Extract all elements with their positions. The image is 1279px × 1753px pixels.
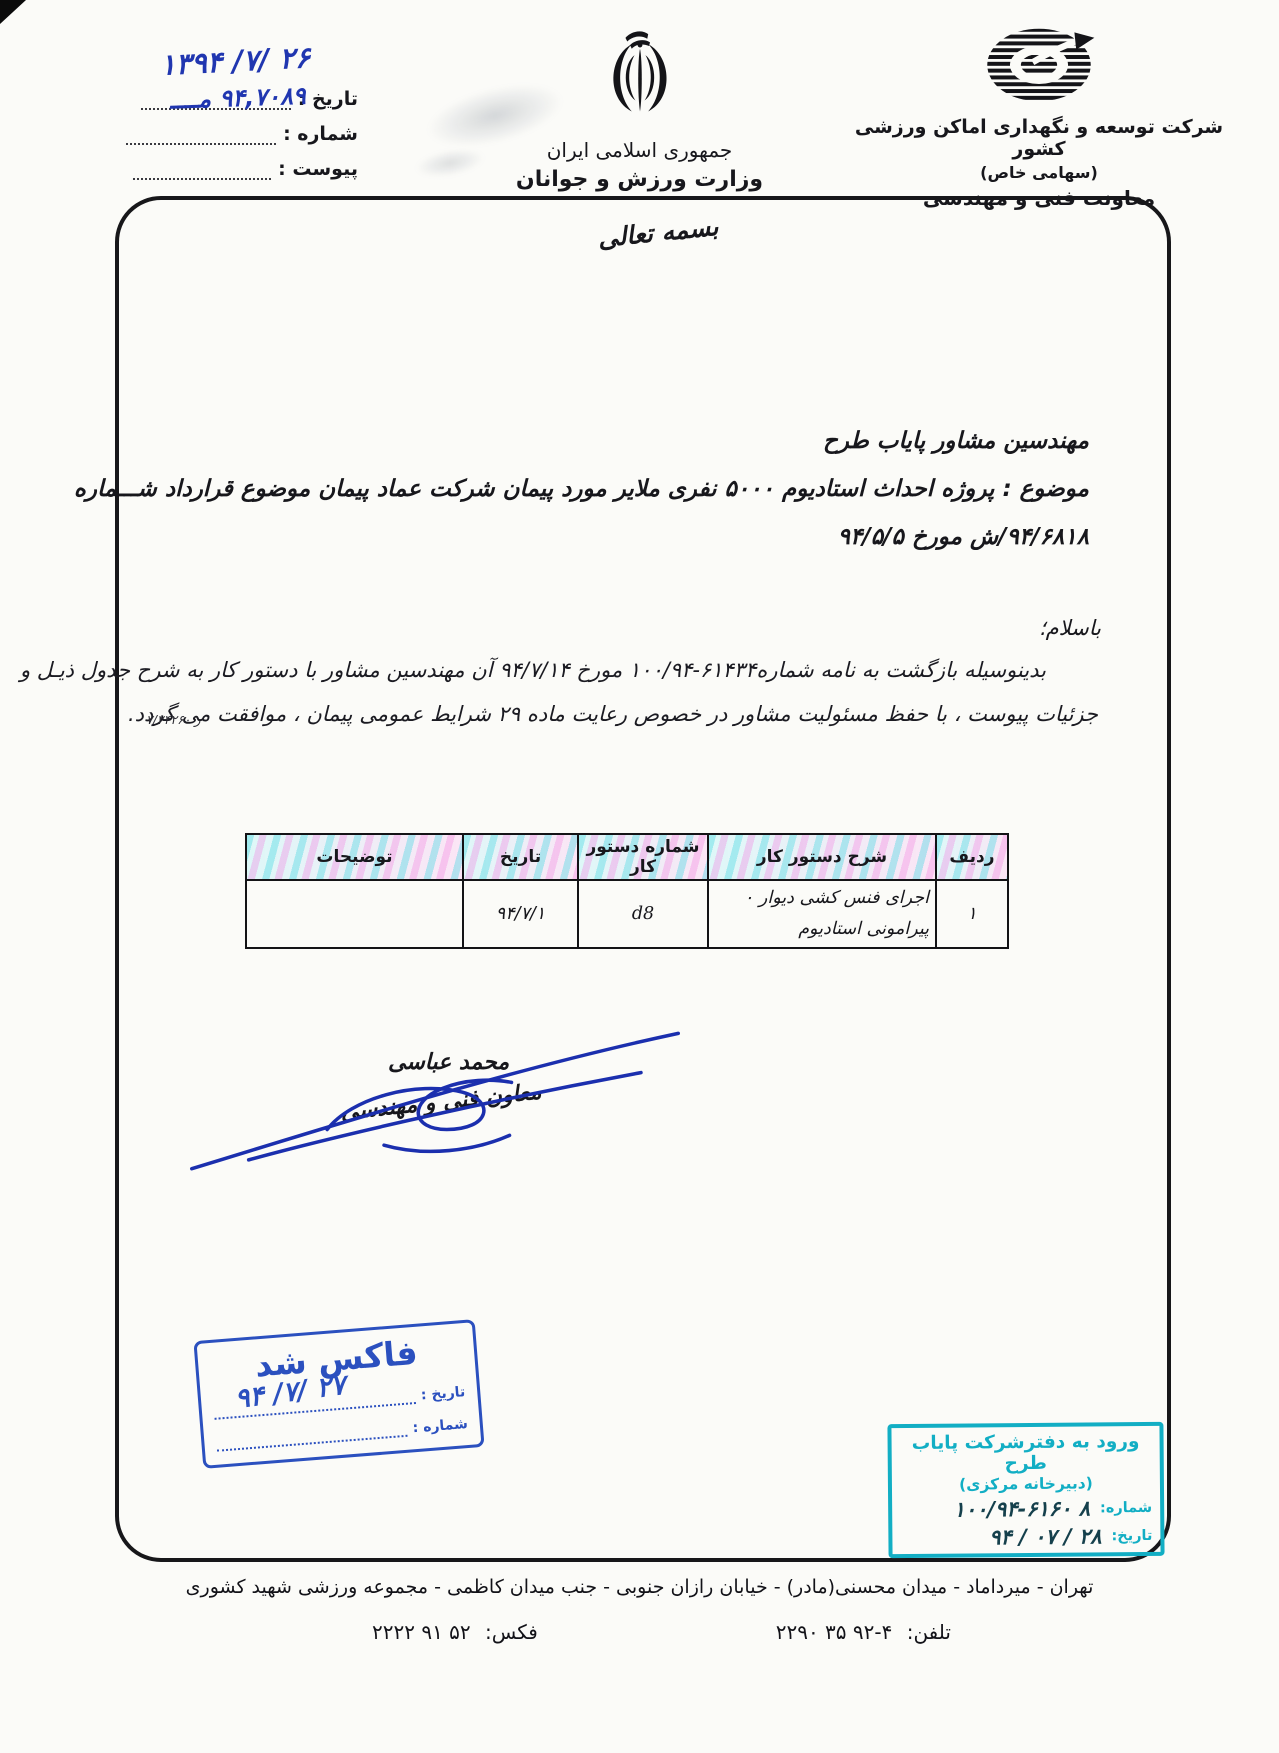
number-label: شماره : [283, 123, 358, 145]
phone-number: ۲۲۹۰ ۳۵ ۹۲-۴ [776, 1620, 893, 1644]
company-name: شرکت توسعه و نگهداری اماکن ورزشی کشور [849, 116, 1229, 160]
handwritten-letter-number: ۹۴,۷۰۸۹ مــــ [170, 82, 307, 115]
number-dotted-line [126, 128, 276, 145]
cell-row-no: ۱ [936, 880, 1008, 948]
footer-address: تهران - میرداماد - میدان محسنی(مادر) - خ… [0, 1576, 1279, 1598]
header-date: تاریخ [463, 834, 578, 880]
company-type: (سهامی خاص) [849, 163, 1229, 182]
body-line-1: بدینوسیله بازگشت به نامه شماره۶۱۴۳۴-۱۰۰/… [121, 658, 1098, 682]
handwritten-date: ۱۳۹۴ /۷/ ۲۶ [159, 40, 311, 82]
entry-stamp-date-value: ۹۴ / ۰۷ / ۲۸ [989, 1524, 1101, 1549]
company-logo-icon [980, 91, 1098, 110]
entry-stamp-number-row: شماره: ۱۰۰/۹۴-۶۱۶۰ ۸ [900, 1496, 1152, 1522]
fax-number: ۲۲۲۲ ۹۱ ۵۲ [372, 1620, 471, 1644]
header-work-no: شماره دستور کار [578, 834, 708, 880]
secretariat-entry-stamp: ورود به دفترشرکت پایاب طرح (دبیرخانه مرک… [887, 1422, 1164, 1558]
entry-stamp-subtitle: (دبیرخانه مرکزی) [900, 1474, 1152, 1494]
fax-stamp-number-row: شماره : [216, 1414, 469, 1452]
ministry-name: وزارت ورزش و جوانان [470, 167, 810, 192]
entry-stamp-title: ورود به دفترشرکت پایاب طرح [899, 1431, 1151, 1475]
handwritten-margin-note: ۷/۲۴ر ۲۶۰ [146, 712, 201, 727]
cell-date: ۹۴/۷/۱ [463, 880, 578, 948]
subject-line-2: ۹۴/۶۸۱۸/ش مورخ ۹۴/۵/۵ [838, 524, 1089, 550]
number-row: شماره : [90, 123, 358, 145]
letterhead-center-block: جمهوری اسلامی ایران وزارت ورزش و جوانان [470, 26, 810, 192]
entry-stamp-number-value: ۱۰۰/۹۴-۶۱۶۰ ۸ [953, 1496, 1090, 1521]
attachment-dotted-line [133, 163, 271, 180]
entry-stamp-number-label: شماره: [1100, 1500, 1152, 1516]
fax-stamp-number-dots [216, 1425, 407, 1452]
fax-stamp: فاکس شد ۹۴ /۷/ ۲۷ تاریخ : شماره : [193, 1319, 484, 1469]
date-label: تاریخ : [298, 88, 358, 110]
attachment-row: پیوست : [90, 158, 358, 180]
work-order-table: ردیف شرح دستور کار شماره دستور کار تاریخ… [245, 833, 1009, 949]
work-desc-line-2: پیرامونی استادیوم [715, 914, 929, 945]
work-desc-line-1: اجرای فنس کشی دیوار ۰ [715, 883, 929, 914]
footer-phone: تلفن: ۲۲۹۰ ۳۵ ۹۲-۴ [776, 1620, 951, 1644]
letterhead-company-block: شرکت توسعه و نگهداری اماکن ورزشی کشور (س… [849, 24, 1229, 210]
subject-line-1: موضوع : پروژه احداث استادیوم ۵۰۰۰ نفری م… [179, 476, 1089, 502]
addressee-line: مهندسین مشاور پایاب طرح [823, 428, 1089, 454]
fax-stamp-date-label: تاریخ : [420, 1384, 466, 1403]
body-line-2: جزئیات پیوست ، با حفظ مسئولیت مشاور در خ… [173, 702, 1098, 726]
iran-emblem-icon [594, 111, 686, 130]
table-header-row: ردیف شرح دستور کار شماره دستور کار تاریخ… [246, 834, 1008, 880]
header-notes: توضیحات [246, 834, 463, 880]
header-row-no: ردیف [936, 834, 1008, 880]
letterhead-meta-block: ۱۳۹۴ /۷/ ۲۶ ۹۴,۷۰۸۹ مــــ تاریخ : شماره … [90, 58, 358, 193]
table-row: ۱ اجرای فنس کشی دیوار ۰ پیرامونی استادیو… [246, 880, 1008, 948]
scan-corner-artifact [0, 0, 26, 24]
cell-work-desc: اجرای فنس کشی دیوار ۰ پیرامونی استادیوم [708, 880, 936, 948]
cell-notes [246, 880, 463, 948]
entry-stamp-date-label: تاریخ: [1111, 1528, 1152, 1544]
cell-work-no: d8 [578, 880, 708, 948]
phone-label: تلفن: [907, 1620, 951, 1644]
salutation: باسلام؛ [1039, 616, 1101, 640]
fax-stamp-number-label: شماره : [412, 1416, 468, 1436]
country-name: جمهوری اسلامی ایران [470, 138, 810, 162]
footer-fax: فکس: ۲۲۲۲ ۹۱ ۵۲ [372, 1620, 538, 1644]
handwritten-signature [180, 1018, 690, 1192]
fax-label: فکس: [485, 1620, 538, 1644]
attachment-label: پیوست : [278, 158, 358, 180]
scanned-letter-page: ۱۳۹۴ /۷/ ۲۶ ۹۴,۷۰۸۹ مــــ تاریخ : شماره … [0, 0, 1279, 1753]
header-work-desc: شرح دستور کار [708, 834, 936, 880]
entry-stamp-date-row: تاریخ: ۹۴ / ۰۷ / ۲۸ [900, 1524, 1152, 1550]
